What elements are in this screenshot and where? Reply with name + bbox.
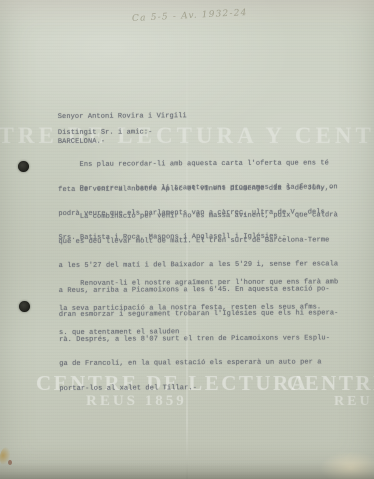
paragraph-4: Renovant-li el nostre agraïment per l'ho… [59, 262, 339, 353]
paragraph-line: La combinació per venir no és massa avin… [58, 212, 338, 222]
punch-hole-top [18, 161, 29, 172]
paragraph-line: que es deu llevar molt de matí. El tren … [58, 236, 338, 246]
left-edge-stain [0, 446, 12, 466]
paragraph-line: Renovant-li el nostre agraïment per l'ho… [59, 279, 339, 289]
paragraph-line: la seva participació a la nostra festa, … [59, 303, 339, 313]
recipient-name: Senyor Antoni Rovira i Virgili [58, 113, 187, 122]
small-dark-spot [8, 460, 12, 465]
paragraph-line: Per correu a banda li trametem uns progr… [58, 184, 338, 194]
letter-photo: CENTRE DE LECTURA Y CENTRE D CENTRE DE L… [0, 0, 374, 479]
typewritten-letter: Senyor Antoni Rovira i Virgili BARCELONA… [57, 0, 358, 122]
paragraph-line: portar-los al xalet del Tillar.- [59, 383, 339, 393]
bottom-right-light-patch [320, 451, 374, 479]
salutation: Distingit Sr. i amic:- [58, 128, 153, 137]
punch-hole-bottom [19, 301, 30, 312]
paragraph-line: ga de Francolí, en la qual estació els e… [59, 358, 339, 368]
paragraph-line: s. que atentament el saluden [59, 328, 339, 338]
paper-bottom-shadow [0, 463, 374, 479]
watermark-reu-right: REU [334, 394, 373, 410]
